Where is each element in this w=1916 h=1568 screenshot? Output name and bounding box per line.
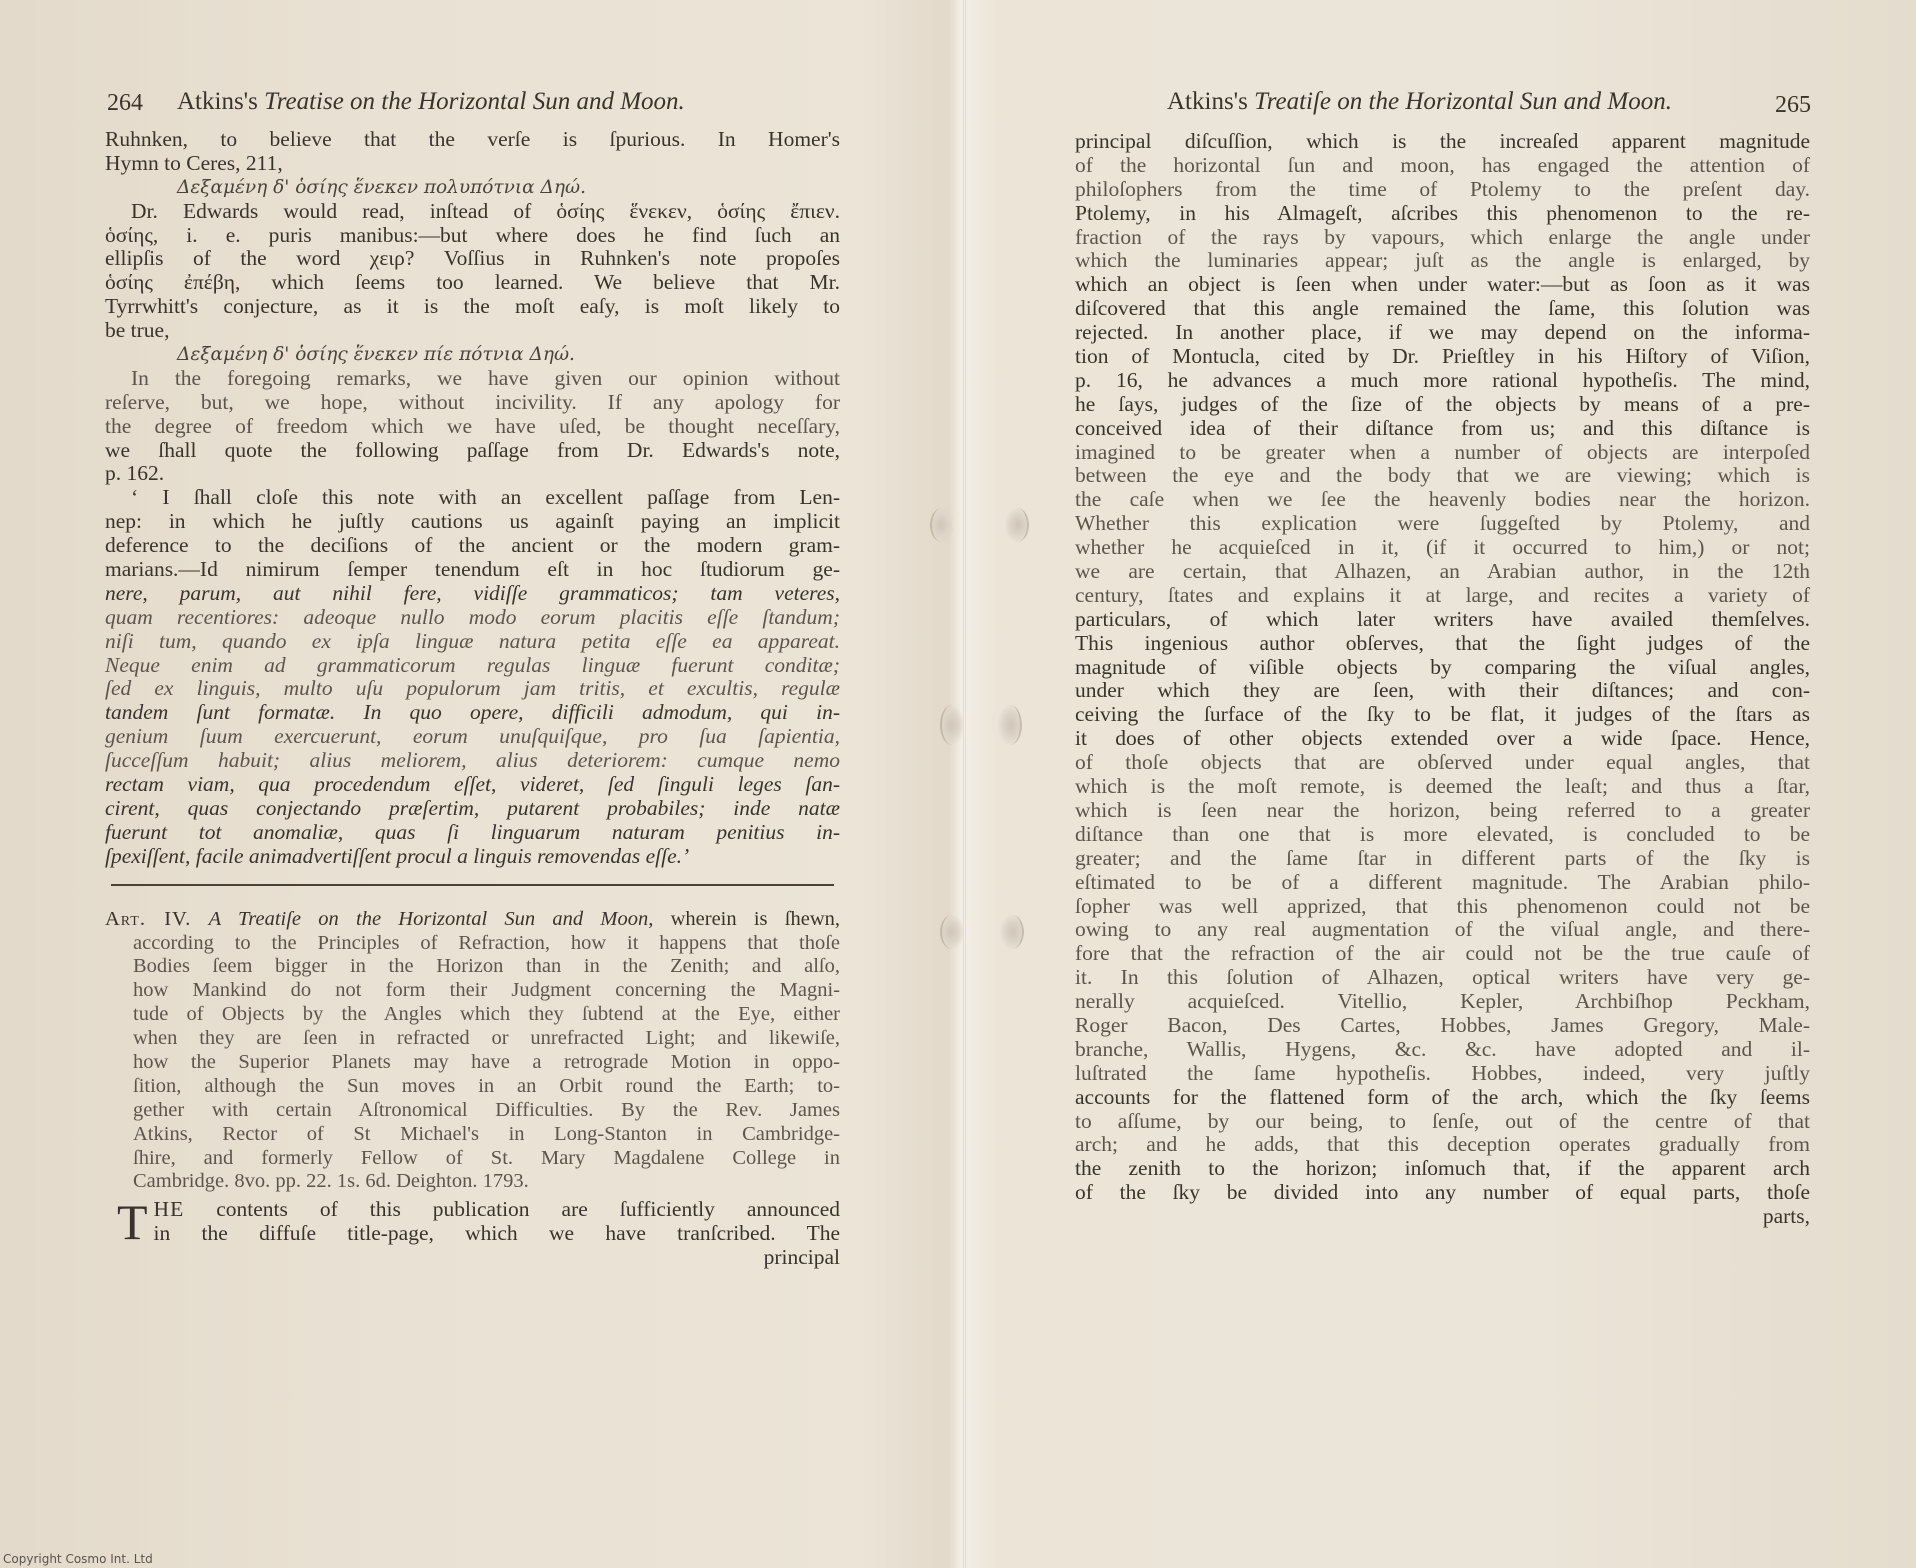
text-line: he ſays, judges of the ſize of the objec… xyxy=(1075,393,1810,417)
drop-cap: T xyxy=(117,1200,148,1244)
text-line: Hymn to Ceres, 211, xyxy=(105,152,840,176)
opening-text: contents of this publication are ſuffici… xyxy=(216,1197,840,1221)
binding-hole xyxy=(930,508,954,542)
left-page-body: Ruhnken, to believe that the verſe is ſp… xyxy=(105,128,840,1270)
text-line: nerally acquieſced. Vitellio, Kepler, Ar… xyxy=(1075,990,1810,1014)
article-heading: Art. IV. A Treatiſe on the Horizontal Su… xyxy=(105,908,840,1195)
text-line: Ruhnken, to believe that the verſe is ſp… xyxy=(105,128,840,152)
latin-quote-line: genium ſuum exercuerunt, eorum unuſquiſq… xyxy=(105,725,840,749)
article-label: Art. IV. xyxy=(105,908,191,930)
article-line: how Mankind do not form their Judgment c… xyxy=(105,979,840,1003)
running-head-author: Atkins's xyxy=(1167,88,1254,115)
text-line: diſtance than one that is more elevated,… xyxy=(1075,823,1810,847)
running-head-italic: Treatiſe on the Horizontal Sun and Moon. xyxy=(1254,88,1672,115)
running-head: Atkins's Treatiſe on the Horizontal Sun … xyxy=(1075,88,1810,122)
article-line: ſhire, and formerly Fellow of St. Mary M… xyxy=(105,1147,840,1171)
text-line: This ingenious author obſerves, that the… xyxy=(1075,632,1810,656)
running-head-title: Atkins's Treatiſe on the Horizontal Sun … xyxy=(1167,88,1672,116)
article-line: ſition, although the Sun moves in an Orb… xyxy=(105,1075,840,1099)
text-line: of the horizontal ſun and moon, has enga… xyxy=(1075,154,1810,178)
text-line: p. 16, he advances a much more rational … xyxy=(1075,369,1810,393)
text-line: in the diffuſe title-page, which we have… xyxy=(105,1222,840,1246)
text-line: branche, Wallis, Hygens, &c. &c. have ad… xyxy=(1075,1038,1810,1062)
binding-hole xyxy=(1000,915,1024,949)
text-line: reſerve, but, we hope, without incivilit… xyxy=(105,391,840,415)
text-line: fore that the refraction of the air coul… xyxy=(1075,942,1810,966)
text-line: deference to the deciſions of the ancien… xyxy=(105,534,840,558)
text-line: rejected. In another place, if we may de… xyxy=(1075,321,1810,345)
binding-hole xyxy=(940,705,964,745)
text-line: luſtrated the ſame hypotheſis. Hobbes, i… xyxy=(1075,1062,1810,1086)
text-line: which is ſeen near the horizon, being re… xyxy=(1075,799,1810,823)
text-line: accounts for the flattened form of the a… xyxy=(1075,1086,1810,1110)
latin-quote-line: ſed ex linguis, multo uſu populorum jam … xyxy=(105,677,840,701)
text-line: owing to any real augmentation of the vi… xyxy=(1075,918,1810,942)
text-line: Ptolemy, in his Almageſt, aſcribes this … xyxy=(1075,202,1810,226)
text-line: which is the moſt remote, is deemed the … xyxy=(1075,775,1810,799)
text-line: under which they are ſeen, with their di… xyxy=(1075,679,1810,703)
running-head: 264 Atkins's Treatise on the Horizontal … xyxy=(105,88,840,122)
section-divider-rule xyxy=(111,884,834,886)
text-line: In the foregoing remarks, we have given … xyxy=(105,367,840,391)
article-line: gether with certain Aſtronomical Difficu… xyxy=(105,1099,840,1123)
latin-quote-line: marians.—Id nimirum ſemper tenendum eſt … xyxy=(105,558,840,582)
text-line: Whether this explication were ſuggeſted … xyxy=(1075,512,1810,536)
text-line: be true, xyxy=(105,319,840,343)
text-line: HE contents of this publication are ſuff… xyxy=(105,1198,840,1222)
text-line: Dr. Edwards would read, inſtead of ὁσίης… xyxy=(105,200,840,224)
latin-quote-line: ſpexiſſent, facile animadvertiſſent proc… xyxy=(105,845,840,869)
text-line: it. In this ſolution of Alhazen, optical… xyxy=(1075,966,1810,990)
text-line: eſtimated to be of a different magnitude… xyxy=(1075,871,1810,895)
text-line: we are certain, that Alhazen, an Arabian… xyxy=(1075,560,1810,584)
text-line: which the luminaries appear; juſt as the… xyxy=(1075,249,1810,273)
article-line: Cambridge. 8vo. pp. 22. 1s. 6d. Deighton… xyxy=(105,1170,840,1194)
text-line: conceived idea of their diſtance from us… xyxy=(1075,417,1810,441)
text-line: the caſe when we ſee the heavenly bodies… xyxy=(1075,488,1810,512)
text-line: whether he acquieſced in it, (if it occu… xyxy=(1075,536,1810,560)
text-line: the zenith to the horizon; inſomuch that… xyxy=(1075,1157,1810,1181)
text-line: philoſophers from the time of Ptolemy to… xyxy=(1075,178,1810,202)
right-page-body: principal diſcuſſion, which is the incre… xyxy=(1075,130,1810,1229)
latin-quote-line: nere, parum, aut nihil fere, vidiſſe gra… xyxy=(105,582,840,606)
text-line: ſopher was well apprized, that this phen… xyxy=(1075,895,1810,919)
article-title-line: Art. IV. A Treatiſe on the Horizontal Su… xyxy=(105,908,840,932)
page-number: 264 xyxy=(107,90,143,117)
text-line: ὁσίης ἐπέβη, which ſeems too learned. We… xyxy=(105,271,840,295)
text-line: diſcovered that this angle remained the … xyxy=(1075,297,1810,321)
text-line: principal diſcuſſion, which is the incre… xyxy=(1075,130,1810,154)
copyright-watermark: Copyright Cosmo Int. Ltd xyxy=(3,1552,153,1566)
catchword: principal xyxy=(105,1246,840,1270)
text-line: of the ſky be divided into any number of… xyxy=(1075,1181,1810,1205)
latin-quote-line: niſi tum, quando ex ipſa linguæ natura p… xyxy=(105,630,840,654)
text-line: tion of Montucla, cited by Dr. Prieſtley… xyxy=(1075,345,1810,369)
text-line: to aſſume, by our being, to ſenſe, out o… xyxy=(1075,1110,1810,1134)
text-line: we ſhall quote the following paſſage fro… xyxy=(105,439,840,463)
text-line: magnitude of viſible objects by comparin… xyxy=(1075,656,1810,680)
text-line: between the eye and the body that we are… xyxy=(1075,464,1810,488)
text-line: imagined to be greater when a number of … xyxy=(1075,441,1810,465)
latin-quote-line: rectam viam, qua procedendum eſſet, vide… xyxy=(105,773,840,797)
text-line: the degree of freedom which we have uſed… xyxy=(105,415,840,439)
text-line: century, ſtates and explains it at large… xyxy=(1075,584,1810,608)
latin-quote-line: quam recentiores: adeoque nullo modo eor… xyxy=(105,606,840,630)
text-line: greater; and the ſame ſtar in different … xyxy=(1075,847,1810,871)
latin-quote-line: tandem ſunt formatæ. In quo opere, diffi… xyxy=(105,701,840,725)
article-line: tude of Objects by the Angles which they… xyxy=(105,1003,840,1027)
text-line: ellipſis of the word χειρ? Voſſius in Ru… xyxy=(105,247,840,271)
text-line: ‘ I ſhall cloſe this note with an excell… xyxy=(105,486,840,510)
text-line: which an object is ſeen when under water… xyxy=(1075,273,1810,297)
binding-hole xyxy=(940,915,964,949)
article-line: Bodies ſeem bigger in the Horizon than i… xyxy=(105,955,840,979)
book-spread: 264 Atkins's Treatise on the Horizontal … xyxy=(0,0,1916,1568)
text-line: p. 162. xyxy=(105,462,840,486)
latin-quote-line: cirent, quas conjectando præſertim, puta… xyxy=(105,797,840,821)
book-gutter xyxy=(963,0,966,1568)
greek-quotation: Δεξαμένη δ' ὁσίης ἕνεκεν πολυπότνια Δηώ. xyxy=(105,176,840,200)
running-head-title: Atkins's Treatise on the Horizontal Sun … xyxy=(177,88,685,116)
latin-quote-line: ſucceſſum habuit; alius meliorem, alius … xyxy=(105,749,840,773)
review-opening: T HE contents of this publication are ſu… xyxy=(105,1198,840,1270)
running-head-italic: Treatise on the Horizontal Sun and Moon. xyxy=(264,88,685,115)
article-line: Atkins, Rector of St Michael's in Long-S… xyxy=(105,1123,840,1147)
catchword: parts, xyxy=(1075,1205,1810,1229)
text-line: particulars, of which later writers have… xyxy=(1075,608,1810,632)
text-line: fraction of the rays by vapours, which e… xyxy=(1075,226,1810,250)
text-line: Tyrrwhitt's conjecture, as it is the moſ… xyxy=(105,295,840,319)
article-line: according to the Principles of Refractio… xyxy=(105,932,840,956)
greek-quotation: Δεξαμένη δ' ὁσίης ἕνεκεν πίε πότνια Δηώ. xyxy=(105,343,840,367)
text-line: ὁσίης, i. e. puris manibus:—but where do… xyxy=(105,224,840,248)
latin-quote-line: Neque enim ad grammaticorum regulas ling… xyxy=(105,654,840,678)
article-line: when they are ſeen in refracted or unref… xyxy=(105,1027,840,1051)
article-text: wherein is ſhewn, xyxy=(671,908,840,930)
text-line: arch; and he adds, that this deception o… xyxy=(1075,1133,1810,1157)
text-line: of thoſe objects that are obſerved under… xyxy=(1075,751,1810,775)
first-word-rest: HE xyxy=(154,1197,185,1221)
running-head-author: Atkins's xyxy=(177,88,264,115)
text-line: Roger Bacon, Des Cartes, Hobbes, James G… xyxy=(1075,1014,1810,1038)
text-line: ceiving the ſurface of the ſky to be fla… xyxy=(1075,703,1810,727)
latin-quote-line: fuerunt tot anomaliæ, quas ſi linguarum … xyxy=(105,821,840,845)
text-line: it does of other objects extended over a… xyxy=(1075,727,1810,751)
text-line: nep: in which he juſtly cautions us agai… xyxy=(105,510,840,534)
binding-hole xyxy=(1005,508,1029,542)
binding-hole xyxy=(998,705,1022,745)
article-title: A Treatiſe on the Horizontal Sun and Moo… xyxy=(209,908,654,930)
page-number: 265 xyxy=(1775,92,1811,119)
article-line: how the Superior Planets may have a retr… xyxy=(105,1051,840,1075)
